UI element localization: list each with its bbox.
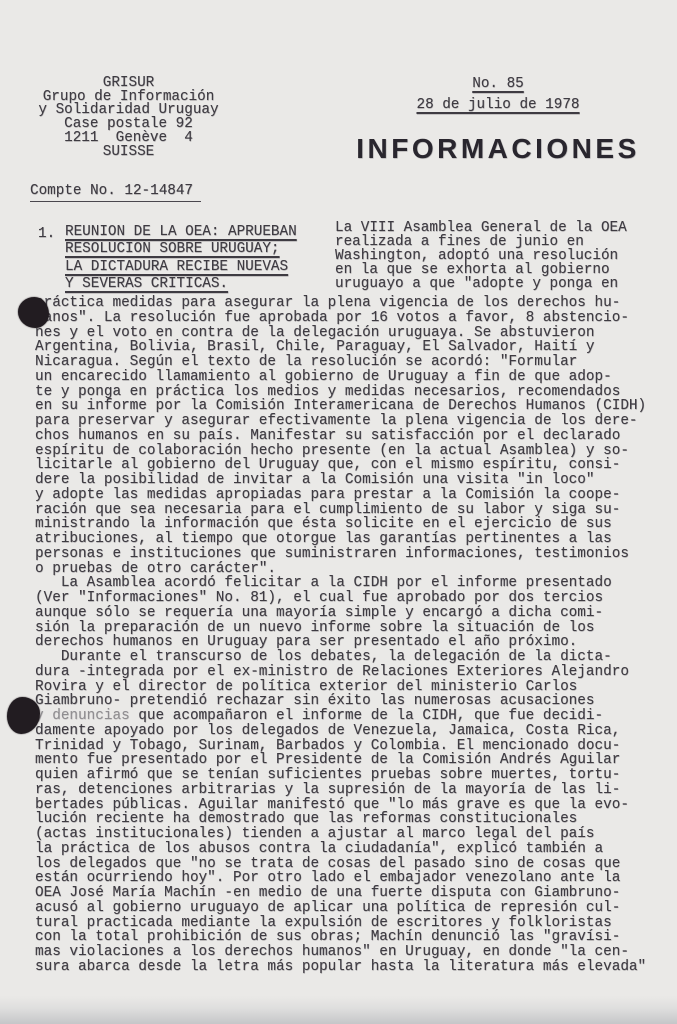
typed-segment: para preservar y asegurar efectivamente … bbox=[35, 413, 638, 429]
issue-number: No. 85 bbox=[472, 76, 523, 92]
typed-segment: aunque sólo se requería una mayoría simp… bbox=[35, 605, 603, 621]
typed-segment: Argentina, Bolivia, Brasil, Chile, Parag… bbox=[35, 339, 595, 355]
typed-segment: en su informe por la Comisión Interameri… bbox=[35, 398, 646, 414]
article-body-line: la práctica de los abusos contra la ciud… bbox=[35, 842, 646, 857]
article-body-line: un encarecido llamamiento al gobierno de… bbox=[35, 370, 646, 385]
article-heading-line: LA DICTADURA RECIBE NUEVAS bbox=[65, 259, 297, 276]
article-body-line: y adopte las medidas apropiadas para pre… bbox=[35, 488, 646, 503]
typed-segment: (actas institucionales) tienden a ajusta… bbox=[35, 826, 595, 842]
account-number: Compte No. 12-14847 bbox=[30, 183, 201, 202]
article-body-line: La Asamblea acordó felicitar a la CIDH p… bbox=[35, 576, 646, 591]
typed-segment: mento fue presentado por el Presidente d… bbox=[35, 752, 620, 768]
typed-segment: Giambruno- pretendió rechazar sin éxito … bbox=[35, 693, 595, 709]
typed-segment: chos humanos en su país. Manifestar su s… bbox=[35, 428, 620, 444]
faint-typed-segment: y denuncias bbox=[35, 708, 130, 724]
ink-spot bbox=[18, 297, 49, 328]
typed-segment: derechos humanos en Uruguay para ser pre… bbox=[35, 634, 577, 650]
article-body-line: mas violaciones a los derechos humanos" … bbox=[35, 945, 646, 960]
typed-segment: la práctica de los abusos contra la ciud… bbox=[35, 841, 603, 857]
article-body-line: práctica medidas para asegurar la plena … bbox=[35, 296, 646, 311]
typed-segment: mas violaciones a los derechos humanos" … bbox=[35, 944, 629, 960]
article-body-line: licitarle al gobierno del Uruguay que, c… bbox=[35, 458, 646, 473]
typed-segment: Durante el transcurso de los debates, la… bbox=[35, 649, 612, 665]
article-heading-line: RESOLUCION SOBRE URUGUAY; bbox=[65, 241, 297, 258]
typed-segment: acusó al gobierno uruguayo de aplicar un… bbox=[35, 900, 620, 916]
newsletter-title: INFORMACIONES bbox=[340, 133, 656, 165]
article-body-line: Argentina, Bolivia, Brasil, Chile, Parag… bbox=[35, 340, 646, 355]
typed-segment: ministrando la información que ésta soli… bbox=[35, 516, 612, 532]
article-body-line: sura abarca desde la letra más popular h… bbox=[35, 960, 646, 975]
typed-segment: quien afirmó que se tenían suficientes p… bbox=[35, 767, 620, 783]
article-item-number: 1. bbox=[38, 226, 55, 242]
typed-segment: y adopte las medidas apropiadas para pre… bbox=[35, 487, 620, 503]
typed-segment: Nicaragua. Según el texto de la resoluci… bbox=[35, 354, 577, 370]
typed-segment: manos". La resolución fue aprobada por 1… bbox=[35, 310, 629, 326]
typed-segment: ras, detenciones arbitrarias y la supres… bbox=[35, 782, 620, 798]
article-body-line: manos". La resolución fue aprobada por 1… bbox=[35, 311, 646, 326]
article-body-line: ministrando la información que ésta soli… bbox=[35, 517, 646, 532]
article-intro-column: La VIII Asamblea General de la OEArealiz… bbox=[335, 222, 627, 292]
article-heading: REUNION DE LA OEA: APRUEBANRESOLUCION SO… bbox=[65, 224, 297, 294]
issue-number-row: No. 85 bbox=[340, 77, 656, 91]
typed-segment: damente apoyado por los delegados de Ven… bbox=[35, 723, 620, 739]
issue-date: 28 de julio de 1978 bbox=[416, 97, 579, 113]
article-body-line: atribuciones, al tiempo que otorgue las … bbox=[35, 532, 646, 547]
typed-segment: con la total prohibición de sus obras; M… bbox=[35, 929, 620, 945]
org-address-line: SUISSE bbox=[26, 146, 231, 160]
article-body-line: derechos humanos en Uruguay para ser pre… bbox=[35, 635, 646, 650]
article-body-line: aunque sólo se requería una mayoría simp… bbox=[35, 606, 646, 621]
typed-segment: (Ver "Informaciones" No. 81), el cual fu… bbox=[35, 590, 603, 606]
article-body-line: (actas institucionales) tienden a ajusta… bbox=[35, 827, 646, 842]
article-body-line: Giambruno- pretendió rechazar sin éxito … bbox=[35, 694, 646, 709]
article-body-line: Durante el transcurso de los debates, la… bbox=[35, 650, 646, 665]
article-body-line: quien afirmó que se tenían suficientes p… bbox=[35, 768, 646, 783]
article-heading-line: REUNION DE LA OEA: APRUEBAN bbox=[65, 224, 297, 241]
issue-date-row: 28 de julio de 1978 bbox=[340, 98, 656, 112]
typed-segment: práctica medidas para asegurar la plena … bbox=[35, 295, 620, 311]
typed-segment: están ocurriendo hoy". Por otro lado el … bbox=[35, 870, 620, 886]
article-heading-line: Y SEVERAS CRITICAS. bbox=[65, 276, 297, 293]
typed-segment: OEA José María Machín -en medio de una f… bbox=[35, 885, 620, 901]
article-body-line: mento fue presentado por el Presidente d… bbox=[35, 753, 646, 768]
typed-segment: dura -integrada por el ex-ministro de Re… bbox=[35, 664, 629, 680]
article-body-line: chos humanos en su país. Manifestar su s… bbox=[35, 429, 646, 444]
article-body-line: personas e instituciones que suministrar… bbox=[35, 547, 646, 562]
article-body-line: acusó al gobierno uruguayo de aplicar un… bbox=[35, 901, 646, 916]
typed-segment: personas e instituciones que suministrar… bbox=[35, 546, 629, 562]
typed-segment: La Asamblea acordó felicitar a la CIDH p… bbox=[35, 575, 612, 591]
article-body-line: para preservar y asegurar efectivamente … bbox=[35, 414, 646, 429]
article-body-line: están ocurriendo hoy". Por otro lado el … bbox=[35, 871, 646, 886]
typed-segment: lución reciente ha demostrado que las re… bbox=[35, 811, 577, 827]
article-body-line: y denuncias que acompañaron el informe d… bbox=[35, 709, 646, 724]
article-body-line: con la total prohibición de sus obras; M… bbox=[35, 930, 646, 945]
masthead: No. 85 28 de julio de 1978 INFORMACIONES bbox=[340, 77, 656, 165]
article-body-line: dura -integrada por el ex-ministro de Re… bbox=[35, 665, 646, 680]
org-address-block: GRISURGrupo de Informacióny Solidaridad … bbox=[26, 77, 231, 159]
typed-segment: un encarecido llamamiento al gobierno de… bbox=[35, 369, 612, 385]
article-body: práctica medidas para asegurar la plena … bbox=[35, 296, 646, 975]
typed-segment: licitarle al gobierno del Uruguay que, c… bbox=[35, 457, 620, 473]
article-body-line: ras, detenciones arbitrarias y la supres… bbox=[35, 783, 646, 798]
typed-segment: que acompañaron el informe de la CIDH, q… bbox=[130, 708, 603, 724]
article-body-line: OEA José María Machín -en medio de una f… bbox=[35, 886, 646, 901]
article-body-line: (Ver "Informaciones" No. 81), el cual fu… bbox=[35, 591, 646, 606]
article-intro-line: uruguayo a que "adopte y ponga en bbox=[335, 278, 627, 292]
document-page: GRISURGrupo de Informacióny Solidaridad … bbox=[0, 0, 677, 1024]
article-body-line: Nicaragua. Según el texto de la resoluci… bbox=[35, 355, 646, 370]
article-body-line: damente apoyado por los delegados de Ven… bbox=[35, 724, 646, 739]
typed-segment: dere la posibilidad de invitar a la Comi… bbox=[35, 472, 595, 488]
typed-segment: sura abarca desde la letra más popular h… bbox=[35, 959, 646, 975]
article-body-line: lución reciente ha demostrado que las re… bbox=[35, 812, 646, 827]
article-body-line: dere la posibilidad de invitar a la Comi… bbox=[35, 473, 646, 488]
article-body-line: en su informe por la Comisión Interameri… bbox=[35, 399, 646, 414]
typed-segment: atribuciones, al tiempo que otorgue las … bbox=[35, 531, 612, 547]
scan-shadow bbox=[0, 996, 677, 1024]
